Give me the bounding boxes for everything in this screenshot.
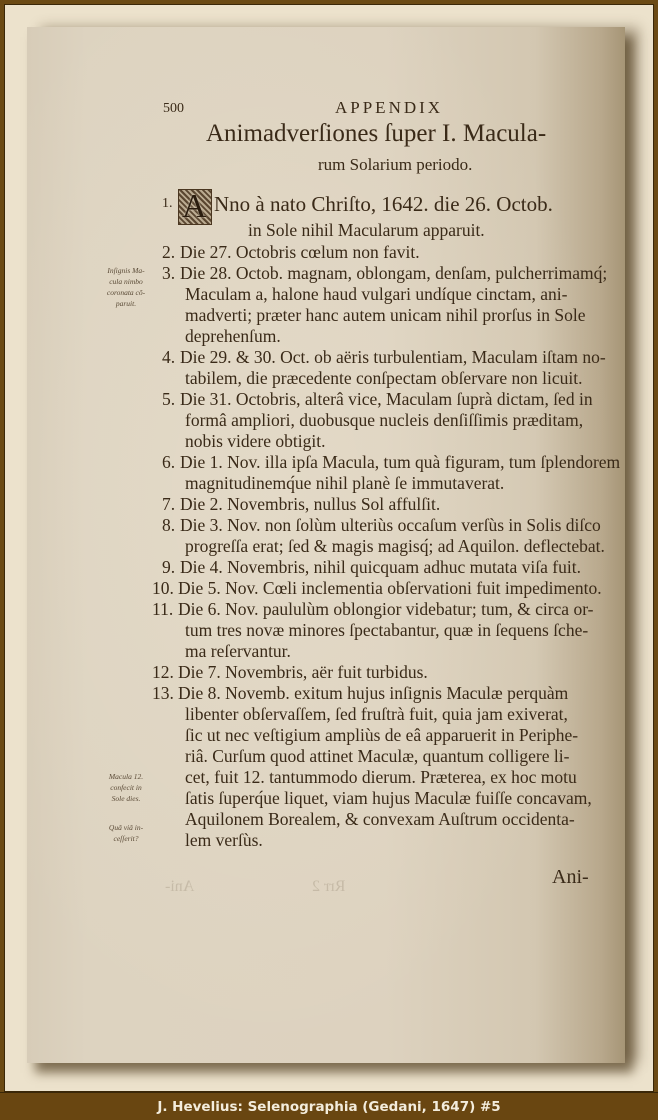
- marginal-note: Macula 12. confecit in Sole dies.: [97, 771, 155, 804]
- entry-text-line: Aquilonem Borealem, & convexam Auſtrum o…: [185, 809, 575, 830]
- running-head: APPENDIX: [335, 98, 443, 118]
- entry-text-line: Die 2. Novembris, nullus Sol affulſit.: [180, 494, 440, 515]
- entry-number: 5.: [162, 389, 175, 410]
- entry-text-line: lem verſùs.: [185, 830, 263, 851]
- entry-text-line: Die 27. Octobris cœlum non favit.: [180, 242, 420, 263]
- entry-number: 12.: [152, 662, 174, 683]
- entry-text-line: cet, fuit 12. tantummodo dierum. Prætere…: [185, 767, 577, 788]
- entry-text-line: ſatis ſuperq́ue liquet, viam hujus Macul…: [185, 788, 592, 809]
- entry-number: 10.: [152, 578, 174, 599]
- marginal-note: Quâ viâ in- ceſſerit?: [97, 822, 155, 844]
- image-frame: Ani- Rrr 2 500 APPENDIX Animadverſiones …: [0, 0, 658, 1120]
- entry-text-line: Die 29. & 30. Oct. ob aëris turbulentiam…: [180, 347, 606, 368]
- entry-text-line: deprehenſum.: [185, 326, 281, 347]
- entry-text-line: Maculam a, halone haud vulgari undíque c…: [185, 284, 567, 305]
- entry-number: 4.: [162, 347, 175, 368]
- entry-text-line: Die 4. Novembris, nihil quicquam adhuc m…: [180, 557, 581, 578]
- entry-text-line: Die 8. Novemb. exitum hujus inſignis Mac…: [178, 683, 568, 704]
- entry-text-line: nobis videre obtigit.: [185, 431, 325, 452]
- entry-number: 9.: [162, 557, 175, 578]
- entry-number: 11.: [152, 599, 173, 620]
- entry-text-line: madverti; præter hanc autem unicam nihil…: [185, 305, 585, 326]
- entry-text-line: Nno à nato Chriſto, 1642. die 26. Octob.: [214, 192, 553, 217]
- entry-text-line: magnitudinemq́ue nihil planè ſe immutave…: [185, 473, 504, 494]
- entry-number: 7.: [162, 494, 175, 515]
- entry-number: 1.: [162, 196, 173, 212]
- entry-text-line: ma reſervantur.: [185, 641, 291, 662]
- entry-text-line: Die 1. Nov. illa ipſa Macula, tum quà fi…: [180, 452, 620, 473]
- marginal-note: Inſignis Ma- cula nimbo coronata cõ- par…: [97, 265, 155, 309]
- entry-text-line: Die 5. Nov. Cœli inclementia obſervation…: [178, 578, 602, 599]
- show-through-signature: Rrr 2: [312, 878, 345, 896]
- entry-text-line: progreſſa erat; ſed & magis magisq́; ad …: [185, 536, 605, 557]
- section-title-line-1: Animadverſiones ſuper I. Macula-: [206, 120, 546, 148]
- entry-text-line: formâ ampliori, duobusque nucleis denſiſ…: [185, 410, 583, 431]
- drop-cap-letter: A: [182, 188, 207, 226]
- catchword: Ani-: [552, 866, 589, 889]
- decorated-initial: A: [178, 189, 212, 225]
- entry-text-line: Die 3. Nov. non ſolùm ulteriùs occaſum v…: [180, 515, 601, 536]
- entry-text-line: in Sole nihil Macularum apparuit.: [248, 220, 485, 241]
- entry-number: 3.: [162, 263, 175, 284]
- entry-text-line: tum tres novæ minores ſpectabantur, quæ …: [185, 620, 588, 641]
- entry-text-line: tabilem, die præcedente conſpectam obſer…: [185, 368, 582, 389]
- image-caption: J. Hevelius: Selenographia (Gedani, 1647…: [0, 1092, 658, 1120]
- entry-text-line: Die 7. Novembris, aër fuit turbidus.: [178, 662, 428, 683]
- entry-number: 2.: [162, 242, 175, 263]
- entry-number: 13.: [152, 683, 174, 704]
- entry-number: 6.: [162, 452, 175, 473]
- entry-text-line: riâ. Curſum quod attinet Maculæ, quantum…: [185, 746, 569, 767]
- entry-text-line: Die 31. Octobris, alterâ vice, Maculam ſ…: [180, 389, 593, 410]
- section-title-line-2: rum Solarium periodo.: [318, 155, 472, 175]
- show-through-text: Ani-: [165, 878, 194, 896]
- page-number: 500: [163, 101, 184, 117]
- entry-number: 8.: [162, 515, 175, 536]
- entry-text-line: Die 6. Nov. paululùm oblongior videbatur…: [178, 599, 594, 620]
- entry-text-line: Die 28. Octob. magnam, oblongam, denſam,…: [180, 263, 607, 284]
- entry-text-line: libenter obſervaſſem, ſed fruſtrà fuit, …: [185, 704, 568, 725]
- entry-text-line: ſic ut nec veſtigium ampliùs de eâ appar…: [185, 725, 578, 746]
